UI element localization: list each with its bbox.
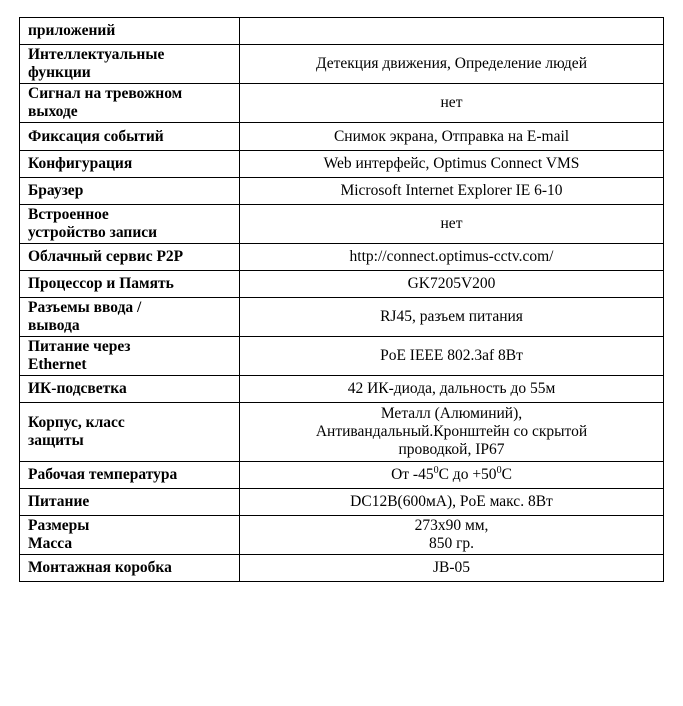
spec-value-line: Microsoft Internet Explorer IE 6-10	[248, 182, 655, 200]
spec-value: нет	[240, 205, 664, 244]
spec-row: Питание черезEthernetPoE IEEE 802.3af 8В…	[20, 337, 664, 376]
spec-label: Сигнал на тревожномвыходе	[20, 84, 240, 123]
spec-label-line: Размеры	[28, 517, 231, 535]
spec-label-line: Корпус, класс	[28, 414, 231, 432]
spec-label-line: Рабочая температура	[28, 466, 231, 484]
spec-label: Корпус, классзащиты	[20, 403, 240, 462]
spec-row: Встроенноеустройство записинет	[20, 205, 664, 244]
spec-label-line: Облачный сервис P2P	[28, 248, 231, 266]
spec-label-line: Процессор и Память	[28, 275, 231, 293]
spec-label: Питание черезEthernet	[20, 337, 240, 376]
spec-value-line: От -450С до +500С	[248, 466, 655, 484]
spec-value-line: GK7205V200	[248, 275, 655, 293]
spec-value-line: Металл (Алюминий),	[248, 405, 655, 423]
spec-label-line: Ethernet	[28, 356, 231, 374]
spec-value: Детекция движения, Определение людей	[240, 45, 664, 84]
spec-label: Питание	[20, 489, 240, 516]
specifications-table: приложенийИнтеллектуальныефункцииДетекци…	[19, 17, 664, 582]
spec-label-line: Питание через	[28, 338, 231, 356]
spec-value-line: RJ45, разъем питания	[248, 308, 655, 326]
spec-label-line: Фиксация событий	[28, 128, 231, 146]
spec-value-part: С	[502, 466, 512, 483]
spec-value: JB-05	[240, 555, 664, 582]
spec-value: PoE IEEE 802.3af 8Вт	[240, 337, 664, 376]
spec-label-line: защиты	[28, 432, 231, 450]
spec-value-line: 850 гр.	[248, 535, 655, 553]
spec-row: КонфигурацияWeb интерфейс, Optimus Conne…	[20, 151, 664, 178]
spec-row: Монтажная коробкаJB-05	[20, 555, 664, 582]
spec-value: RJ45, разъем питания	[240, 298, 664, 337]
spec-label: Браузер	[20, 178, 240, 205]
spec-value: нет	[240, 84, 664, 123]
spec-value: GK7205V200	[240, 271, 664, 298]
spec-value: 42 ИК-диода, дальность до 55м	[240, 376, 664, 403]
spec-label-line: Браузер	[28, 182, 231, 200]
spec-label-line: функции	[28, 64, 231, 82]
spec-label: Рабочая температура	[20, 462, 240, 489]
spec-value-line: JB-05	[248, 559, 655, 577]
spec-label-line: Встроенное	[28, 206, 231, 224]
spec-row: БраузерMicrosoft Internet Explorer IE 6-…	[20, 178, 664, 205]
spec-value-line: Антивандальный.Кронштейн со скрытой	[248, 423, 655, 441]
spec-value-line: http://connect.optimus-cctv.com/	[248, 248, 655, 266]
spec-row: ИК-подсветка42 ИК-диода, дальность до 55…	[20, 376, 664, 403]
spec-label: Конфигурация	[20, 151, 240, 178]
spec-label: Разъемы ввода /вывода	[20, 298, 240, 337]
spec-value	[240, 18, 664, 45]
spec-row: Сигнал на тревожномвыходенет	[20, 84, 664, 123]
spec-label: Процессор и Память	[20, 271, 240, 298]
spec-row: ИнтеллектуальныефункцииДетекция движения…	[20, 45, 664, 84]
spec-label: Интеллектуальныефункции	[20, 45, 240, 84]
spec-label-line: устройство записи	[28, 224, 231, 242]
spec-label: приложений	[20, 18, 240, 45]
spec-value: http://connect.optimus-cctv.com/	[240, 244, 664, 271]
spec-value-line: 273x90 мм,	[248, 517, 655, 535]
spec-row: Процессор и ПамятьGK7205V200	[20, 271, 664, 298]
spec-row: ПитаниеDC12В(600мА), PoE макс. 8Вт	[20, 489, 664, 516]
spec-value: Web интерфейс, Optimus Connect VMS	[240, 151, 664, 178]
spec-value-line: Снимок экрана, Отправка на E-mail	[248, 128, 655, 146]
spec-label-line: вывода	[28, 317, 231, 335]
spec-label-line: Конфигурация	[28, 155, 231, 173]
spec-value: От -450С до +500С	[240, 462, 664, 489]
spec-value: 273x90 мм,850 гр.	[240, 516, 664, 555]
spec-value-part: От -45	[391, 466, 434, 483]
spec-label: ИК-подсветка	[20, 376, 240, 403]
spec-label: Встроенноеустройство записи	[20, 205, 240, 244]
spec-label: Фиксация событий	[20, 123, 240, 151]
spec-value-line: Детекция движения, Определение людей	[248, 55, 655, 73]
spec-row: Разъемы ввода /выводаRJ45, разъем питани…	[20, 298, 664, 337]
spec-value-line: 42 ИК-диода, дальность до 55м	[248, 380, 655, 398]
spec-value: DC12В(600мА), PoE макс. 8Вт	[240, 489, 664, 516]
spec-value-line: Web интерфейс, Optimus Connect VMS	[248, 155, 655, 173]
spec-row: Облачный сервис P2Phttp://connect.optimu…	[20, 244, 664, 271]
spec-label-line: приложений	[28, 22, 231, 40]
spec-value: Металл (Алюминий),Антивандальный.Кронште…	[240, 403, 664, 462]
spec-row: Корпус, классзащитыМеталл (Алюминий),Ант…	[20, 403, 664, 462]
spec-row: Фиксация событийСнимок экрана, Отправка …	[20, 123, 664, 151]
spec-label-line: Масса	[28, 535, 231, 553]
spec-label: Облачный сервис P2P	[20, 244, 240, 271]
spec-row: Рабочая температураОт -450С до +500С	[20, 462, 664, 489]
spec-label-line: Интеллектуальные	[28, 46, 231, 64]
spec-label-line: Сигнал на тревожном	[28, 85, 231, 103]
spec-row: РазмерыМасса273x90 мм,850 гр.	[20, 516, 664, 555]
spec-value-line: PoE IEEE 802.3af 8Вт	[248, 347, 655, 365]
spec-value-line: нет	[248, 94, 655, 112]
spec-value-line: нет	[248, 215, 655, 233]
spec-value: Microsoft Internet Explorer IE 6-10	[240, 178, 664, 205]
spec-value: Снимок экрана, Отправка на E-mail	[240, 123, 664, 151]
spec-value-line: проводкой, IP67	[248, 441, 655, 459]
spec-label: Монтажная коробка	[20, 555, 240, 582]
spec-row: приложений	[20, 18, 664, 45]
spec-label-line: Монтажная коробка	[28, 559, 231, 577]
spec-label-line: Разъемы ввода /	[28, 299, 231, 317]
spec-label-line: выходе	[28, 103, 231, 121]
spec-label-line: Питание	[28, 493, 231, 511]
spec-value-line: DC12В(600мА), PoE макс. 8Вт	[248, 493, 655, 511]
spec-label: РазмерыМасса	[20, 516, 240, 555]
spec-label-line: ИК-подсветка	[28, 380, 231, 398]
spec-value-part: С до +50	[439, 466, 497, 483]
